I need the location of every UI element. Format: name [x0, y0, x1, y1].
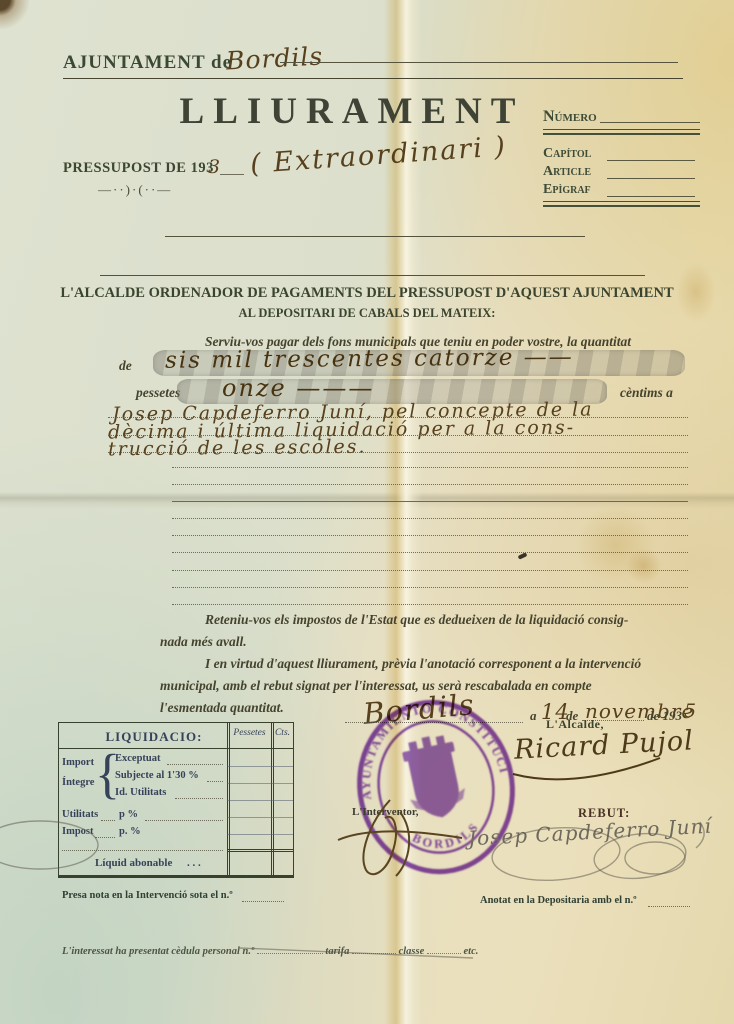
table-column-separator: [227, 723, 230, 875]
epigraf-double-rule: [543, 201, 700, 207]
table-row-rule: [227, 800, 293, 801]
table-total-rule: [227, 849, 293, 852]
write-line: [172, 570, 688, 571]
write-line: [172, 604, 688, 605]
numero-label: Número: [543, 108, 597, 126]
write-line: [108, 417, 688, 418]
note-line3: I en virtud d'aquest lliurament, prèvia …: [205, 656, 641, 672]
total-dots: . . .: [187, 857, 201, 869]
alcalde-signature-flourish: [505, 752, 685, 792]
amount-words-handwritten: sis mil trescentes catorze ——: [165, 344, 574, 374]
note-line5: l'esmentada quantitat.: [160, 700, 284, 716]
article-label: Article: [543, 164, 591, 180]
document-photo: AJUNTAMENT de Bordils LLIURAMENT Número …: [0, 0, 734, 1024]
group-label-import: Import: [62, 757, 94, 768]
etc-label: etc.: [464, 946, 479, 957]
note-line4: municipal, amb el rebut signat per l'int…: [160, 678, 592, 694]
group-label-integre: Íntegre: [62, 777, 94, 788]
article-blank: [607, 178, 695, 179]
write-line: [108, 452, 688, 453]
cedula-text: L'interessat ha presentat cèdula persona…: [62, 946, 254, 957]
capitol-label: Capítol: [543, 146, 591, 162]
table-row-rule: [227, 748, 293, 749]
epigraf-blank: [607, 196, 695, 197]
note-line1: Reteniu-vos els impostos de l'Estat que …: [205, 612, 628, 628]
blank-line: [165, 236, 585, 237]
date-year-label: de 193: [647, 708, 682, 724]
page-title: LLIURAMENT: [152, 90, 552, 133]
write-line: [108, 435, 688, 436]
col-cts: Cts.: [272, 728, 293, 738]
write-line: [172, 518, 688, 519]
header-underline: [63, 78, 683, 79]
total-label: Líquid abonable: [95, 857, 172, 869]
numero-double-rule: [543, 129, 700, 135]
blank-line: [100, 275, 645, 276]
budget-label: PRESSUPOST DE 193: [63, 160, 214, 177]
de-label: de: [119, 358, 132, 374]
liquidacio-table: LIQUIDACIO: Pessetes Cts. { Import Ínteg…: [58, 722, 294, 878]
table-row-rule: [227, 817, 293, 818]
col-pessetes: Pessetes: [228, 728, 271, 738]
pessetes-label: pessetes: [136, 385, 180, 401]
blank-row-line: [62, 850, 223, 851]
cedula-line: L'interessat ha presentat cèdula persona…: [62, 943, 478, 957]
row-exceptuat: Exceptuat: [115, 753, 161, 764]
row-subjecte: Subjecte al 1'30 %: [115, 770, 199, 781]
capitol-blank: [607, 160, 695, 161]
depositaria-note: Anotat en la Depositaria amb el n.º: [480, 895, 637, 906]
table-row-rule: [227, 834, 293, 835]
row-leader: [175, 798, 223, 799]
interventor-signature-flourish: [330, 792, 470, 882]
centims-label: cèntims a: [620, 385, 673, 401]
header-fill-line: [280, 62, 678, 63]
tarifa-label: tarifa: [325, 946, 349, 957]
write-line: [172, 501, 688, 502]
date-year-digit-handwritten: 5: [684, 700, 697, 722]
row-utilitats: Utilitats: [62, 809, 98, 820]
write-line: [172, 535, 688, 536]
table-column-separator: [271, 723, 274, 875]
centims-handwritten: onze ———: [222, 374, 374, 402]
addressee-line2: AL DEPOSITARI DE CABALS DEL MATEIX:: [30, 306, 704, 321]
row-utilitats-pct: p %: [119, 809, 138, 820]
row-leader: [95, 837, 115, 838]
row-leader: [101, 820, 115, 821]
table-row-rule: [227, 783, 293, 784]
row-leader: [145, 820, 223, 821]
write-line: [172, 484, 688, 485]
intervencio-note-blank: [242, 901, 284, 902]
depositaria-note-blank: [648, 906, 690, 907]
note-line2: nada més avall.: [160, 634, 247, 650]
epigraf-label: Epìgraf: [543, 182, 591, 198]
entity-label: AJUNTAMENT de: [63, 52, 232, 74]
ornament: —··)·(··—: [98, 182, 172, 198]
classe-blank: [427, 943, 461, 954]
table-row-rule: [227, 766, 293, 767]
table-header-rule: [59, 748, 227, 749]
payee-line3-handwritten: trucció de les escoles.: [108, 436, 367, 461]
row-impost: Impost: [62, 826, 94, 837]
write-line: [172, 467, 688, 468]
row-leader: [167, 764, 223, 765]
tarifa-blank: [352, 943, 396, 954]
row-leader: [207, 781, 223, 782]
row-impost-pct: p. %: [119, 826, 141, 837]
intervencio-note: Presa nota en la Intervenció sota el n.º: [62, 890, 233, 901]
numero-blank: [600, 122, 700, 123]
classe-label: classe: [399, 946, 425, 957]
entity-name-handwritten: Bordils: [225, 41, 324, 75]
cedula-number-blank: [257, 943, 323, 954]
write-line: [172, 587, 688, 588]
budget-blank: [220, 174, 244, 175]
addressee-line1: L'ALCALDE ORDENADOR DE PAGAMENTS DEL PRE…: [30, 285, 704, 302]
write-line: [172, 552, 688, 553]
row-utilitats-id: Id. Utilitats: [115, 787, 166, 798]
date-a-label: a: [530, 708, 537, 724]
